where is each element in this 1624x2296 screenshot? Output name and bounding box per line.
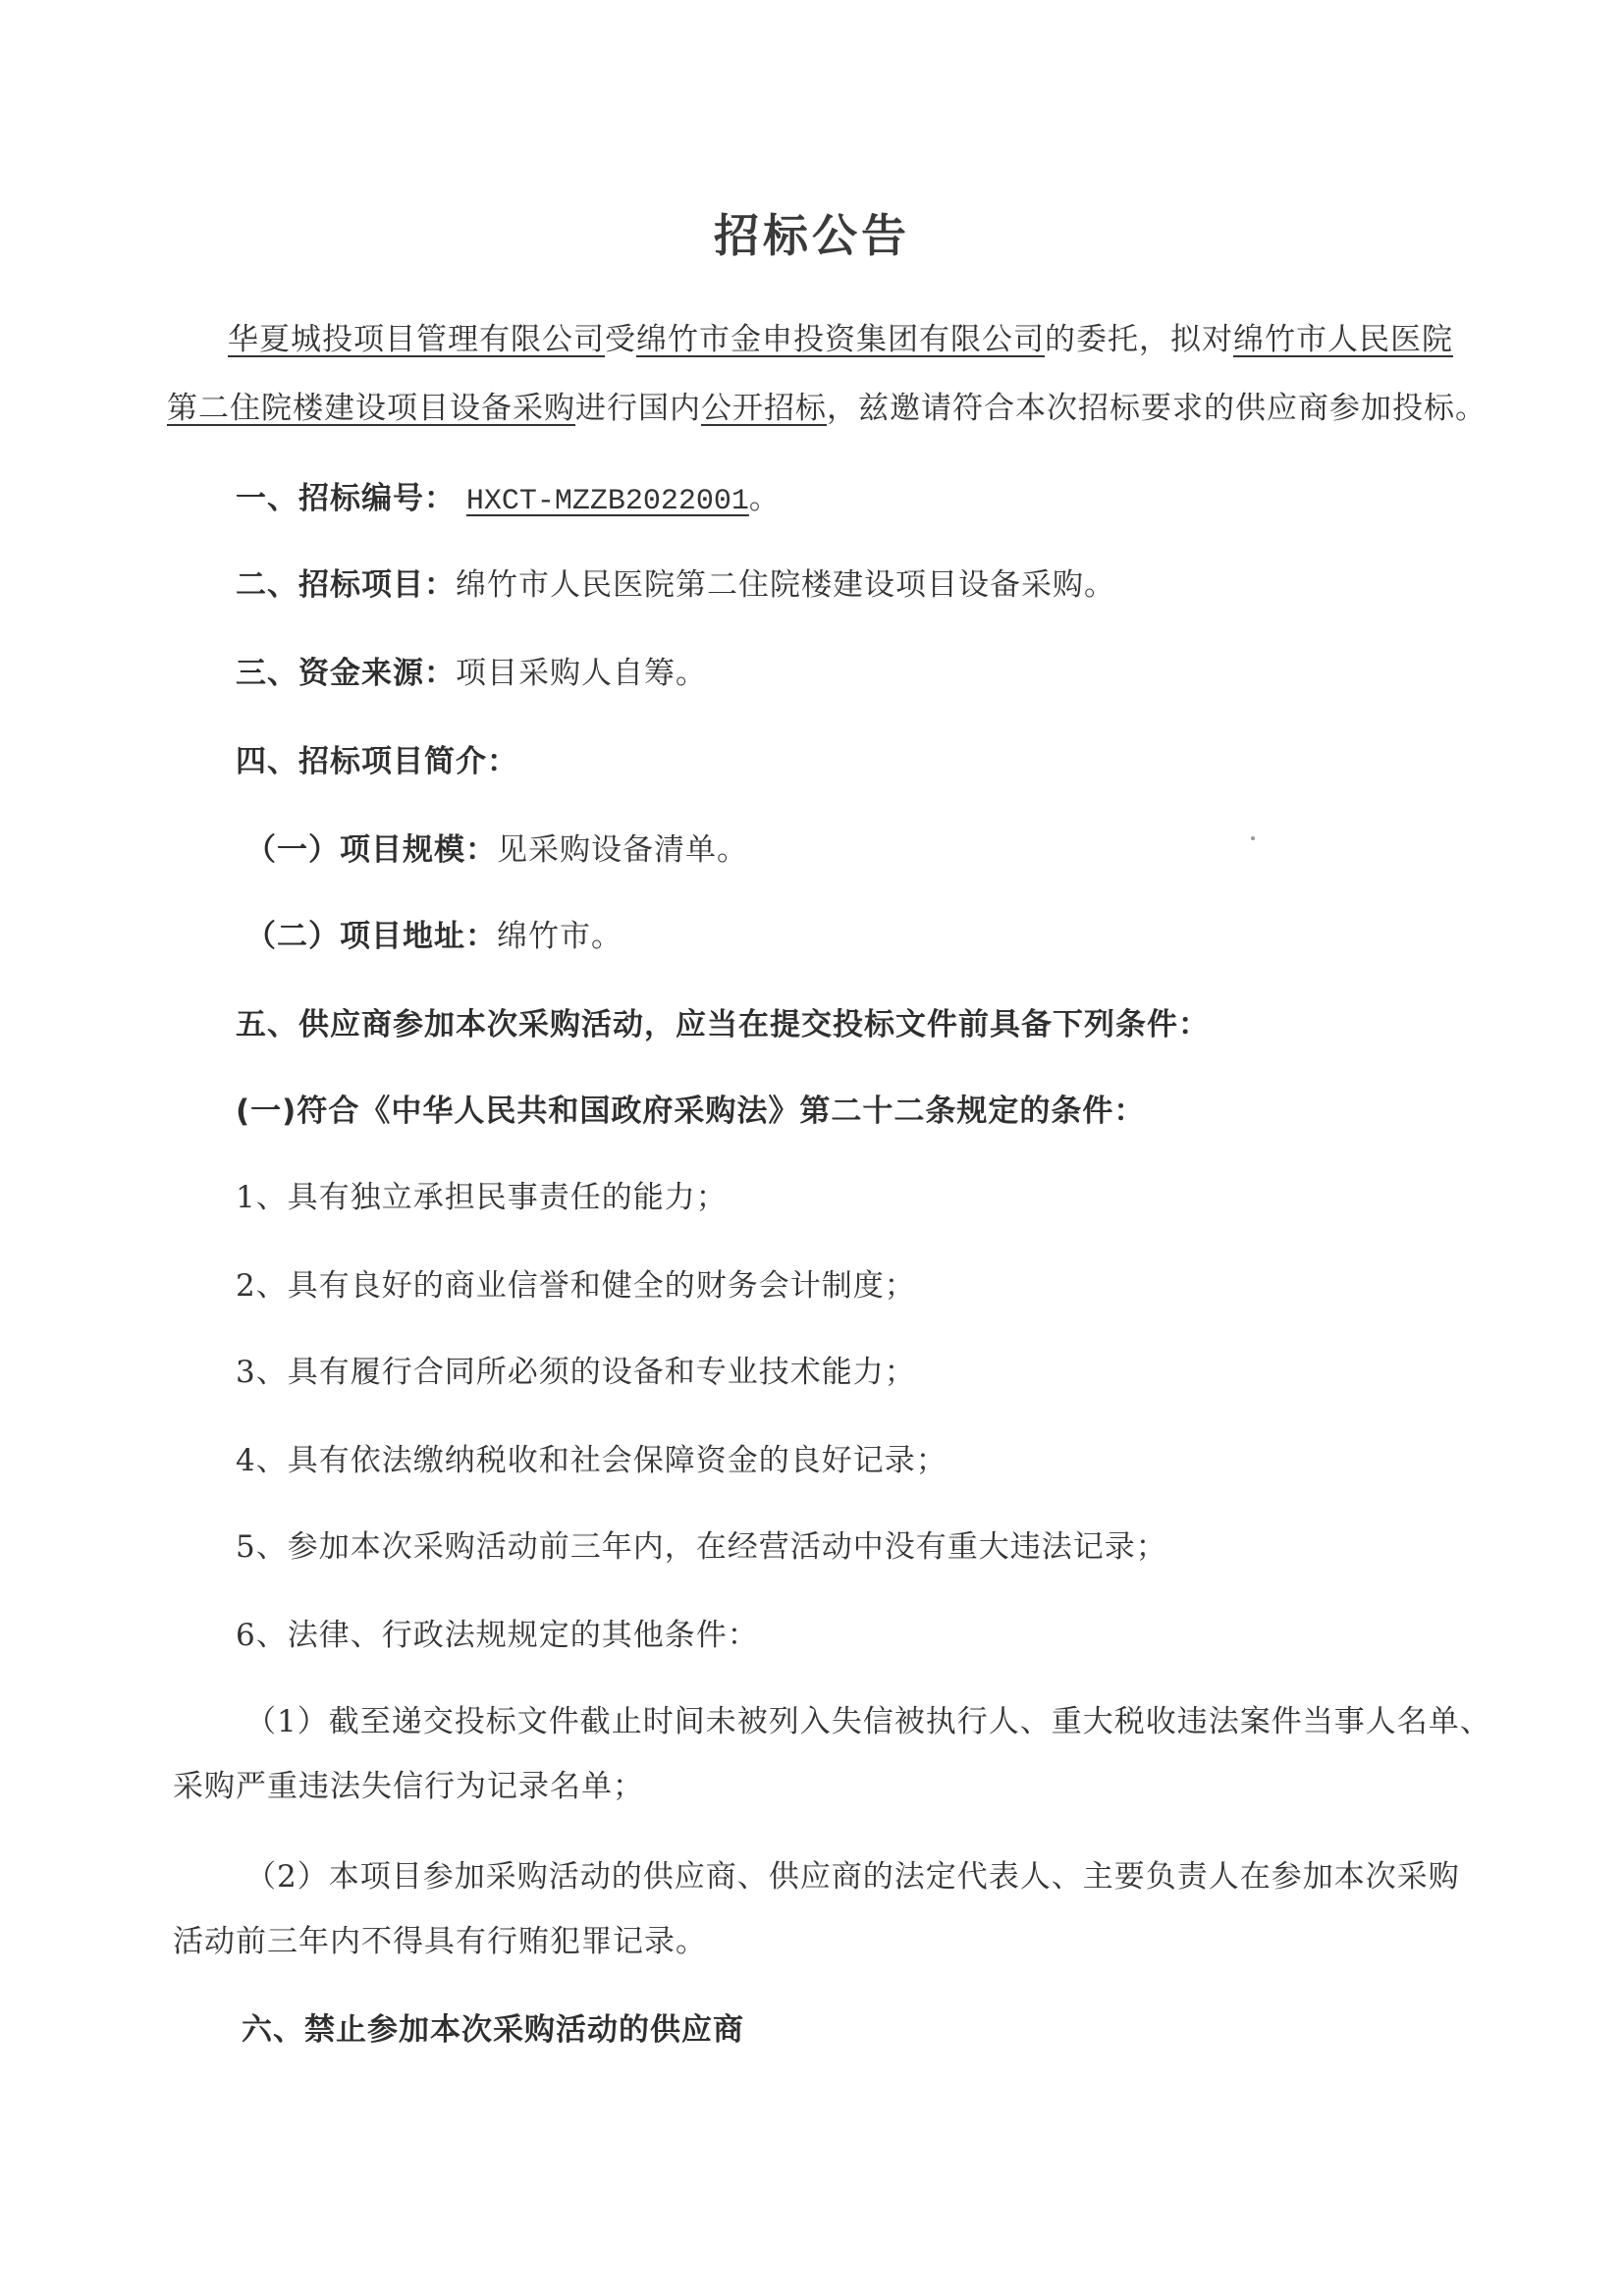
project-address-value: 绵竹市。 xyxy=(497,919,623,954)
intro-text: 的委托，拟对 xyxy=(1045,322,1233,357)
section-5-label: 五、供应商参加本次采购活动，应当在提交投标文件前具备下列条件： xyxy=(236,1005,1210,1044)
condition-item: 4、具有依法缴纳税收和社会保障资金的良好记录； xyxy=(236,1441,947,1480)
condition-item: 5、参加本次采购活动前三年内，在经营活动中没有重大违法记录； xyxy=(236,1527,1167,1567)
clause-2-line-1: （2）本项目参加采购活动的供应商、供应商的法定代表人、主要负责人在参加本次采购 xyxy=(245,1857,1460,1896)
intro-text: 受 xyxy=(605,322,636,357)
section-1-label: 一、招标编号： xyxy=(236,481,456,516)
section-3: 三、资金来源：项目采购人自筹。 xyxy=(236,654,707,693)
intro-line-1: 华夏城投项目管理有限公司受绵竹市金申投资集团有限公司的委托，拟对绵竹市人民医院 xyxy=(228,320,1453,359)
project-name-part1: 绵竹市人民医院 xyxy=(1233,322,1453,357)
section-2-label: 二、招标项目： xyxy=(236,567,456,603)
clause-1-line-1: （1）截至递交投标文件截止时间未被列入失信被执行人、重大税收违法案件当事人名单、 xyxy=(245,1702,1491,1741)
project-address-label: （二）项目地址： xyxy=(245,919,497,954)
tender-number: HXCT-MZZB2022001 xyxy=(466,485,749,518)
section-4-sub-1: （一）项目规模：见采购设备清单。 xyxy=(245,830,748,870)
clause-2-line-2: 活动前三年内不得具有行贿犯罪记录。 xyxy=(173,1922,707,1961)
section-4-sub-2: （二）项目地址：绵竹市。 xyxy=(245,917,623,956)
intro-line-2: 第二住院楼建设项目设备采购进行国内公开招标，兹邀请符合本次招标要求的供应商参加投… xyxy=(167,389,1487,428)
client-name: 绵竹市金申投资集团有限公司 xyxy=(636,322,1045,357)
agency-name: 华夏城投项目管理有限公司 xyxy=(228,322,605,357)
section-2: 二、招标项目：绵竹市人民医院第二住院楼建设项目设备采购。 xyxy=(236,565,1115,605)
project-scale-label: （一）项目规模： xyxy=(245,832,497,868)
intro-text: 进行国内 xyxy=(575,391,701,426)
scan-speck xyxy=(1251,836,1255,840)
punct: 。 xyxy=(749,481,781,516)
section-1: 一、招标编号： HXCT-MZZB2022001。 xyxy=(236,479,781,521)
section-4-label: 四、招标项目简介： xyxy=(236,742,518,781)
document-page: 招标公告 华夏城投项目管理有限公司受绵竹市金申投资集团有限公司的委托，拟对绵竹市… xyxy=(0,0,1624,2296)
condition-item: 6、法律、行政法规规定的其他条件： xyxy=(236,1616,759,1655)
section-3-value: 项目采购人自筹。 xyxy=(456,656,707,691)
page-title: 招标公告 xyxy=(0,208,1624,263)
intro-text: ，兹邀请符合本次招标要求的供应商参加投标。 xyxy=(827,391,1487,426)
procurement-method: 公开招标 xyxy=(701,391,827,426)
clause-1-line-2: 采购严重违法失信行为记录名单； xyxy=(173,1767,644,1806)
project-name-part2: 第二住院楼建设项目设备采购 xyxy=(167,391,575,426)
section-3-label: 三、资金来源： xyxy=(236,656,456,691)
project-scale-value: 见采购设备清单。 xyxy=(497,832,748,868)
condition-item: 2、具有良好的商业信誉和健全的财务会计制度； xyxy=(236,1266,916,1306)
condition-item: 1、具有独立承担民事责任的能力； xyxy=(236,1178,728,1217)
section-2-value: 绵竹市人民医院第二住院楼建设项目设备采购。 xyxy=(456,567,1115,603)
condition-item: 3、具有履行合同所必须的设备和专业技术能力； xyxy=(236,1353,916,1392)
section-6-label: 六、禁止参加本次采购活动的供应商 xyxy=(242,2010,744,2050)
section-5-sub-1: (一)符合《中华人民共和国政府采购法》第二十二条规定的条件： xyxy=(236,1092,1145,1131)
